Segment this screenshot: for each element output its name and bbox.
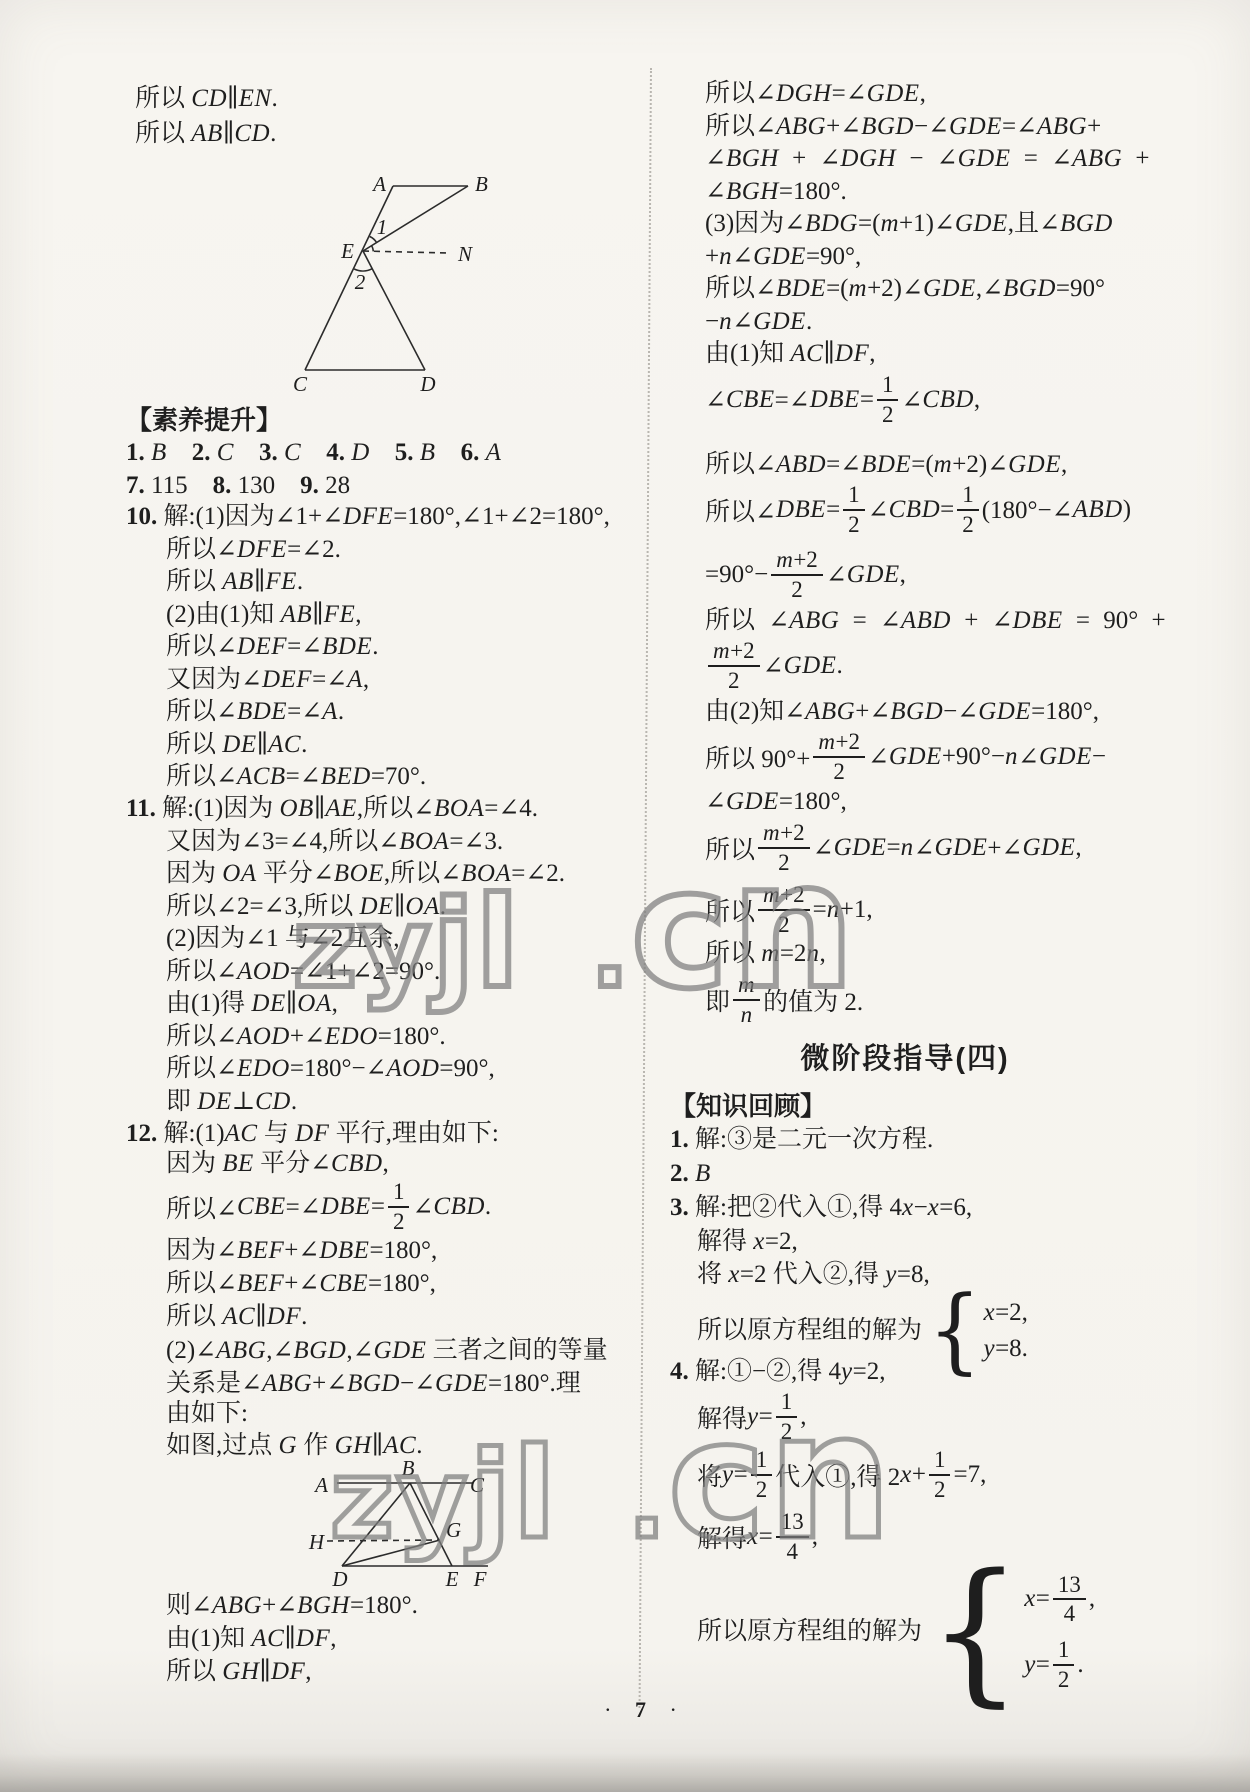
text-line: 所以∠BDE=∠A. <box>166 696 344 728</box>
fig2-label-C: C <box>470 1473 485 1497</box>
fraction: 12 <box>776 1389 798 1445</box>
fraction: 12 <box>388 1179 410 1235</box>
equation-system: 所以原方程组的解为{x=134,y=12. <box>697 1552 1095 1712</box>
text-line: 所以 ∠ABG = ∠ABD + ∠DBE = 90° + <box>705 605 1166 637</box>
text-line: m+22∠GDE. <box>705 634 843 698</box>
text-line: 所以∠ABG+∠BGD−∠GDE=∠ABG+ <box>705 111 1101 143</box>
text-line: 因为∠BEF+∠DBE=180°, <box>166 1235 437 1267</box>
text-line: ∠BGH=180°. <box>705 176 847 208</box>
fraction: 12 <box>929 1447 951 1503</box>
text-line: 所以∠AOD+∠EDO=180°. <box>166 1021 446 1053</box>
text-line: 11. 解:(1)因为 OB∥AE,所以∠BOA=∠4. <box>126 793 538 825</box>
text-line: 3. 解:把②代入①,得 4x−x=6, <box>670 1192 972 1224</box>
text-line: 所以 m=2n, <box>705 938 826 970</box>
system-brace: { <box>928 1289 981 1372</box>
figure-parallel-lines-1: A B E N C D 1 2 <box>270 148 490 400</box>
column-divider <box>639 68 652 1708</box>
fig2-label-F: F <box>473 1567 487 1591</box>
text-line: ∠CBE=∠DBE=12∠CBD, <box>705 368 980 432</box>
figure-parallel-lines-2: A B C H G D E F <box>300 1460 505 1600</box>
text-line: =90°−m+22∠GDE, <box>705 543 906 607</box>
text-line: (3)因为∠BDG=(m+1)∠GDE,且∠BGD <box>705 208 1113 240</box>
text-line: 所以∠2=∠3,所以 DE∥OA. <box>166 891 446 923</box>
text-line: 12. 解:(1)AC 与 DF 平行,理由如下: <box>126 1118 499 1150</box>
text-line: 解得 y=12, <box>697 1385 806 1449</box>
fig2-label-H: H <box>308 1530 326 1554</box>
text-line: +n∠GDE=90°, <box>705 241 861 273</box>
fraction: 12 <box>957 482 979 538</box>
watermark-letter: l <box>513 1422 556 1567</box>
text-line: 由(1)得 DE∥OA, <box>166 988 338 1020</box>
text-line: 所以∠DFE=∠2. <box>166 534 341 566</box>
text-line: (2)∠ABG,∠BGD,∠GDE 三者之间的等量 <box>166 1335 608 1367</box>
text-line: 所以∠DGH=∠GDE, <box>705 78 926 110</box>
fig2-label-A: A <box>313 1473 328 1497</box>
text-line: 所以∠DBE=12∠CBD=12(180°−∠ABD) <box>705 478 1131 542</box>
scanned-workbook-page: 所以 CD∥EN.所以 AB∥CD.【素养提升】1. B 2. C 3. C 4… <box>0 0 1250 1792</box>
text-line: 所以 AB∥FE. <box>166 566 303 598</box>
text-line: 所以 AB∥CD. <box>135 118 276 150</box>
page-number: · 7 · <box>604 1694 686 1726</box>
text-line: 所以∠BEF+∠CBE=180°, <box>166 1268 436 1300</box>
text-line: 又因为∠DEF=∠A, <box>166 664 369 696</box>
text-line: 由(1)知 AC∥DF, <box>166 1623 337 1655</box>
text-line: 所以∠ACB=∠BED=70°. <box>166 761 426 793</box>
text-line: 所以 GH∥DF, <box>166 1656 312 1688</box>
text-line: 所以∠EDO=180°−∠AOD=90°, <box>166 1053 495 1085</box>
fig2-label-E: E <box>445 1567 459 1591</box>
text-line: 如图,过点 G 作 GH∥AC. <box>166 1430 422 1462</box>
fraction: m+22 <box>813 729 865 785</box>
text-line: 所以∠DEF=∠BDE. <box>166 631 378 663</box>
fig1-label-B: B <box>475 172 488 196</box>
section-heading: 微阶段指导(四) <box>670 1043 1140 1075</box>
text-line: 1. 解:③是二元一次方程. <box>670 1124 933 1156</box>
text-line: 所以 90°+m+22∠GDE+90°−n∠GDE− <box>705 725 1106 789</box>
text-line: 所以∠AOD=∠1+∠2=90°. <box>166 956 440 988</box>
fig1-label-A: A <box>371 172 386 196</box>
fraction: 12 <box>877 372 899 428</box>
fig2-label-B: B <box>402 1456 415 1480</box>
text-line: 10. 解:(1)因为∠1+∠DFE=180°,∠1+∠2=180°, <box>126 501 610 533</box>
text-line: 由(2)知∠ABG+∠BGD−∠GDE=180°, <box>705 696 1099 728</box>
text-line: (2)因为∠1 与∠2互余, <box>166 923 400 955</box>
fraction: 12 <box>751 1447 773 1503</box>
text-line: −n∠GDE. <box>705 306 812 338</box>
text-line: 4. 解:①−②,得 4y=2, <box>670 1356 886 1388</box>
system-brace: { <box>928 1562 1022 1702</box>
fig1-label-N: N <box>457 242 473 266</box>
text-line: 所以∠BDE=(m+2)∠GDE,∠BGD=90° <box>705 273 1105 305</box>
fraction: m+22 <box>758 820 810 876</box>
text-line: 因为 OA 平分∠BOE,所以∠BOA=∠2. <box>166 858 565 890</box>
fraction: mn <box>733 972 760 1028</box>
text-line: ∠GDE=180°, <box>705 786 847 818</box>
text-line: 所以∠CBE=∠DBE=12∠CBD. <box>166 1175 491 1239</box>
scan-bottom-shadow <box>0 1754 1250 1792</box>
text-line: 又因为∠3=∠4,所以∠BOA=∠3. <box>166 826 503 858</box>
fraction: m+22 <box>758 882 810 938</box>
text-line: 所以 DE∥AC. <box>166 729 307 761</box>
section-heading: 【知识回顾】 <box>670 1090 826 1122</box>
fig1-label-E: E <box>340 239 354 263</box>
text-line: 所以m+22=n+1, <box>705 878 873 942</box>
fig1-label-angle2: 2 <box>355 270 366 294</box>
fig1-label-D: D <box>419 372 435 396</box>
text-line: 1. B 2. C 3. C 4. D 5. B 6. A <box>126 437 501 469</box>
watermark-letter: . <box>628 1444 666 1561</box>
fraction: 12 <box>1053 1637 1075 1693</box>
text-line: 2. B <box>670 1158 711 1190</box>
fraction: 12 <box>843 482 865 538</box>
fig2-label-D: D <box>331 1567 347 1591</box>
text-line: 解得 x=2, <box>697 1226 798 1258</box>
watermark-letter: l <box>476 871 519 1016</box>
text-line: 所以∠ABD=∠BDE=(m+2)∠GDE, <box>705 449 1067 481</box>
text-line: (2)由(1)知 AB∥FE, <box>166 599 361 631</box>
fraction: 134 <box>1053 1572 1086 1628</box>
text-line: 将 y=12代入①,得 2x+12=7, <box>697 1443 986 1507</box>
text-line: 所以m+22∠GDE=n∠GDE+∠GDE, <box>705 816 1082 880</box>
text-line: ∠BGH + ∠DGH − ∠GDE = ∠ABG + <box>705 143 1150 175</box>
text-line: 由如下: <box>166 1398 248 1430</box>
fraction: m+22 <box>771 547 823 603</box>
fig2-label-G: G <box>446 1518 461 1542</box>
watermark-letter: . <box>591 893 629 1010</box>
section-heading: 【素养提升】 <box>126 404 282 436</box>
fraction: m+22 <box>708 638 760 694</box>
text-line: 7. 115 8. 130 9. 28 <box>126 470 350 502</box>
text-line: 所以 CD∥EN. <box>135 83 278 115</box>
text-line: 所以 AC∥DF. <box>166 1301 307 1333</box>
text-line: 关系是∠ABG+∠BGD−∠GDE=180°.理 <box>166 1368 581 1400</box>
fig1-label-C: C <box>293 372 308 396</box>
text-line: 即 DE⊥CD. <box>166 1086 297 1118</box>
fig1-label-angle1: 1 <box>377 215 388 239</box>
text-line: 即mn的值为 2. <box>705 968 863 1032</box>
text-line: 由(1)知 AC∥DF, <box>705 338 876 370</box>
